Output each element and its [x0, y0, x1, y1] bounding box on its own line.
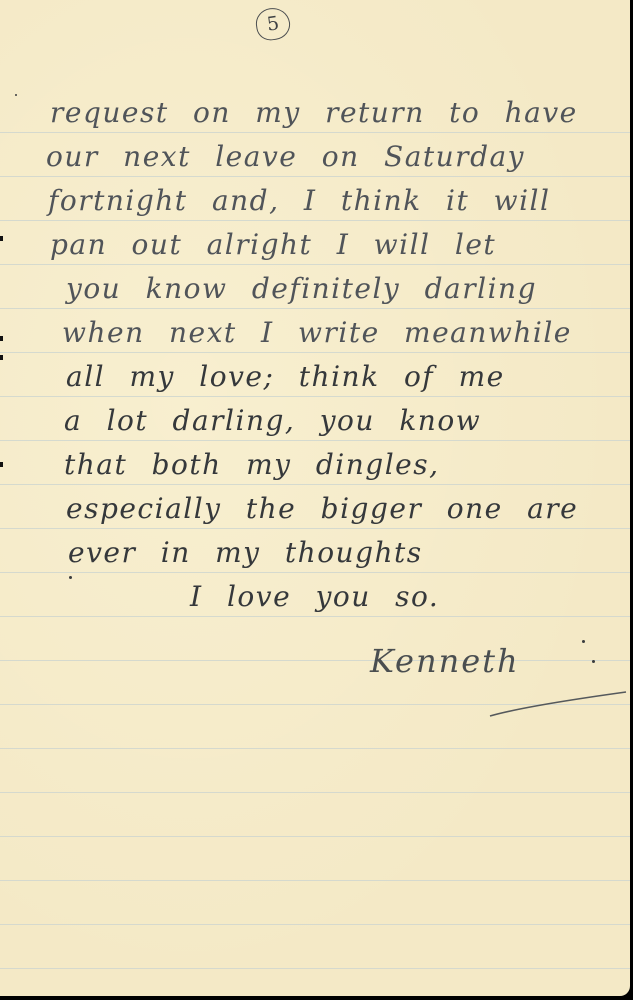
- rule-line: [0, 528, 630, 529]
- binding-mark: [0, 336, 3, 341]
- letter-line: especially the bigger one are: [66, 492, 578, 525]
- letter-line: our next leave on Saturday: [46, 140, 525, 173]
- rule-line: [0, 572, 630, 573]
- binding-mark: [0, 462, 3, 467]
- signature-flourish: [488, 690, 628, 720]
- rule-line: [0, 220, 630, 221]
- rule-line: [0, 792, 630, 793]
- binding-mark: [0, 355, 3, 360]
- letter-line: that both my dingles,: [64, 448, 440, 481]
- letter-line: pan out alright I will let: [50, 228, 496, 261]
- rule-line: [0, 748, 630, 749]
- rule-line: [0, 836, 630, 837]
- rule-line: [0, 968, 630, 969]
- letter-line: a lot darling, you know: [64, 404, 481, 437]
- letter-line: request on my return to have: [50, 96, 578, 129]
- rule-line: [0, 660, 630, 661]
- signature: Kenneth: [370, 642, 520, 680]
- letter-page: 5 request on my return to have our next …: [0, 0, 630, 996]
- ink-dot: [582, 640, 585, 643]
- letter-line: fortnight and, I think it will: [48, 184, 550, 217]
- rule-line: [0, 396, 630, 397]
- rule-line: [0, 616, 630, 617]
- ink-dot: [15, 94, 17, 96]
- rule-line: [0, 308, 630, 309]
- rule-line: [0, 440, 630, 441]
- letter-line: you know definitely darling: [66, 272, 537, 305]
- letter-line: ever in my thoughts: [68, 536, 423, 569]
- binding-mark: [0, 236, 3, 241]
- ink-dot: [69, 576, 72, 579]
- letter-line: I love you so.: [190, 580, 439, 613]
- rule-line: [0, 352, 630, 353]
- letter-line: all my love; think of me: [66, 360, 505, 393]
- rule-line: [0, 484, 630, 485]
- rule-line: [0, 132, 630, 133]
- rule-line: [0, 176, 630, 177]
- ink-dot: [592, 660, 595, 663]
- letter-line: when next I write meanwhile: [62, 316, 572, 349]
- rule-line: [0, 264, 630, 265]
- page-number: 5: [254, 6, 292, 42]
- rule-line: [0, 924, 630, 925]
- rule-line: [0, 880, 630, 881]
